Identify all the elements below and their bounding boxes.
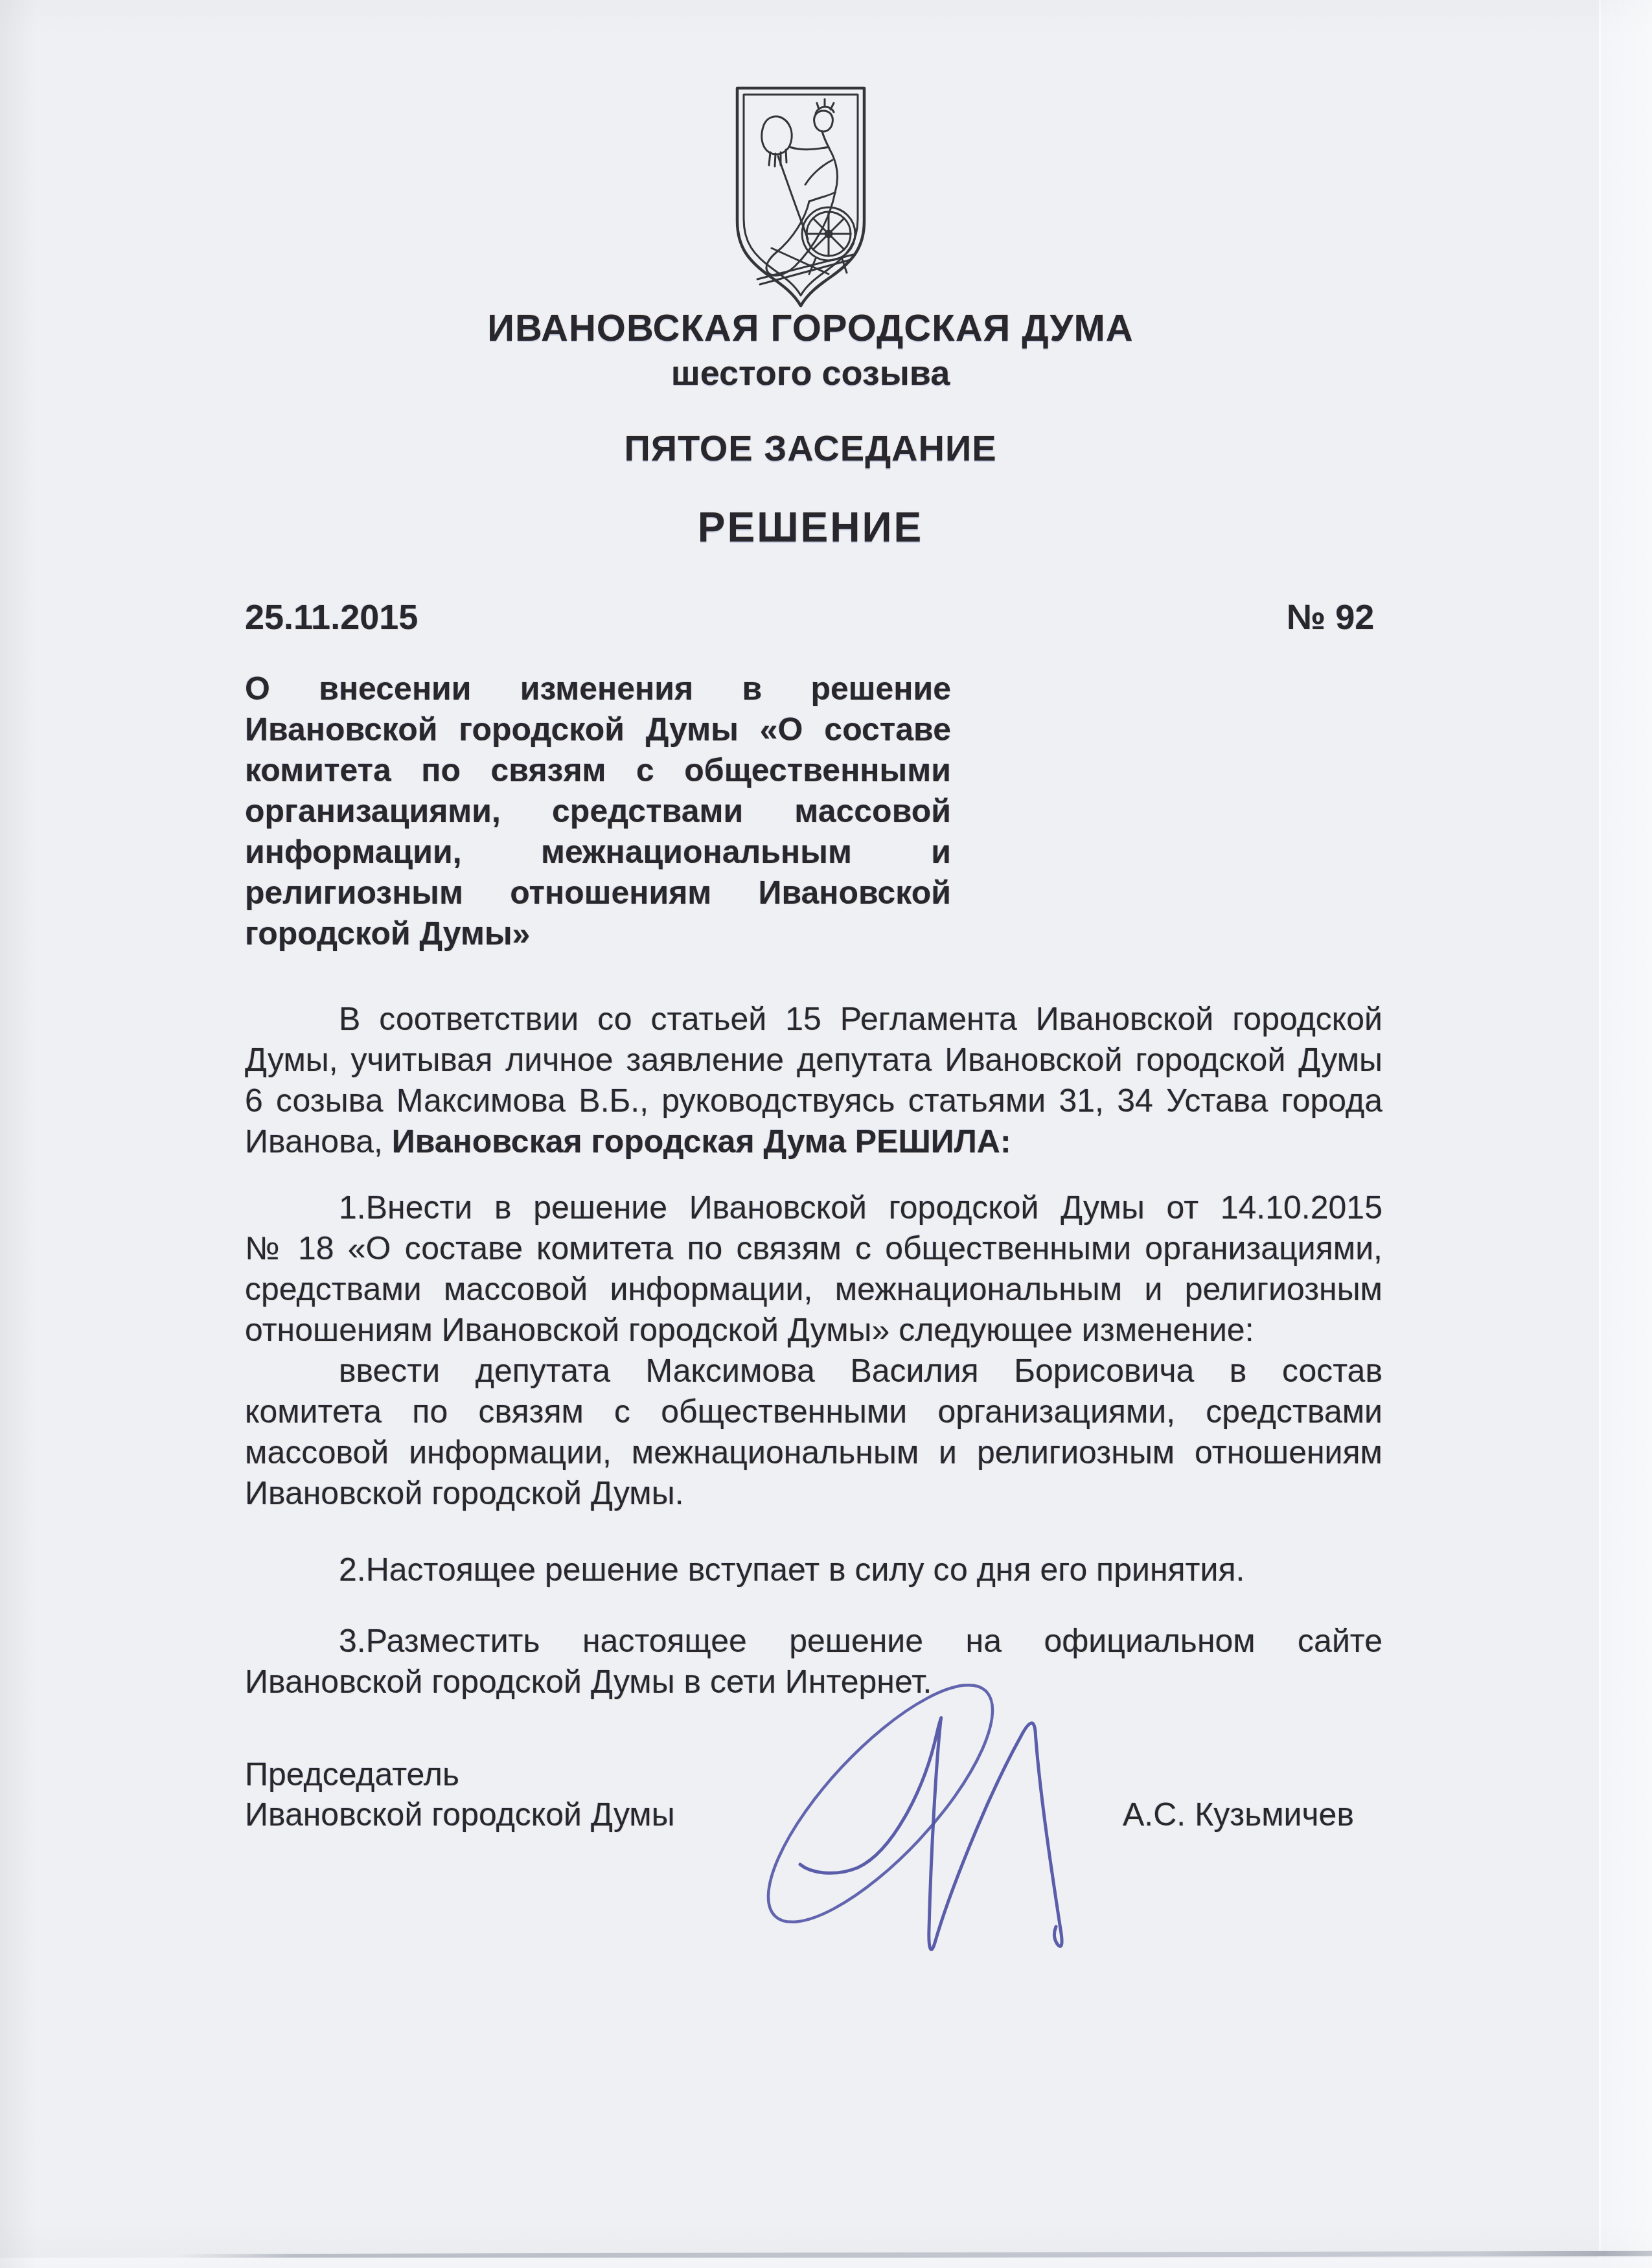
signature-title-line1: Председатель bbox=[245, 1754, 675, 1794]
text-line: Ивановской городской Думы «О составе bbox=[245, 709, 951, 750]
doc-type-title: РЕШЕНИЕ bbox=[0, 503, 1621, 551]
text-line: массовой информации, межнациональным и р… bbox=[245, 1432, 1382, 1473]
text-line: информации, межнациональным и bbox=[245, 832, 951, 873]
decision-item-1: 1.Внести в решение Ивановской городской … bbox=[245, 1187, 1382, 1351]
decision-item-1-sub: ввести депутата Максимова Василия Борисо… bbox=[245, 1351, 1382, 1514]
resolution-clause-bold: Ивановская городская Дума РЕШИЛА: bbox=[392, 1123, 1011, 1160]
signature-title-line2: Ивановской городской Думы bbox=[245, 1794, 675, 1835]
org-name: ИВАНОВСКАЯ ГОРОДСКАЯ ДУМА bbox=[0, 306, 1621, 350]
scan-right-edge-band bbox=[1599, 0, 1652, 2268]
text-line: ввести депутата Максимова Василия Борисо… bbox=[245, 1351, 1382, 1392]
text-line: городской Думы» bbox=[245, 913, 951, 954]
doc-number: № 92 bbox=[1287, 597, 1374, 637]
text-line: О внесении изменения в решение bbox=[245, 669, 951, 709]
signature-name: А.С. Кузьмичев bbox=[1123, 1794, 1354, 1835]
session-title: ПЯТОЕ ЗАСЕДАНИЕ bbox=[0, 427, 1621, 469]
convocation: шестого созыва bbox=[0, 353, 1621, 393]
text-line: комитета по связям с общественными bbox=[245, 750, 951, 791]
scanned-document-page: ИВАНОВСКАЯ ГОРОДСКАЯ ДУМА шестого созыва… bbox=[0, 0, 1652, 2268]
text-line: средствами массовой информации, межнацио… bbox=[245, 1269, 1382, 1310]
signature-title: Председатель Ивановской городской Думы bbox=[245, 1754, 675, 1835]
subject-paragraph: О внесении изменения в решениеИвановской… bbox=[245, 669, 951, 954]
text-line: организациями, средствами массовой bbox=[245, 791, 951, 832]
preamble-lines: В соответствии со статьей 15 Регламента … bbox=[245, 999, 1382, 1121]
preamble-tail-normal: Иванова, bbox=[245, 1123, 392, 1160]
text-line: религиозным отношениям Ивановской bbox=[245, 873, 951, 913]
text-line: комитета по связям с общественными орган… bbox=[245, 1392, 1382, 1432]
text-line: Думы, учитывая личное заявление депутата… bbox=[245, 1040, 1382, 1081]
text-line: отношениям Ивановской городской Думы» сл… bbox=[245, 1310, 1382, 1351]
preamble-paragraph: В соответствии со статьей 15 Регламента … bbox=[245, 999, 1382, 1162]
scan-bottom-edge-light bbox=[0, 2258, 1652, 2268]
text-line: № 18 «О составе комитета по связям с общ… bbox=[245, 1228, 1382, 1269]
signature-ink bbox=[739, 1658, 1088, 1982]
text-line: 2.Настоящее решение вступает в силу со д… bbox=[245, 1550, 1382, 1590]
doc-date: 25.11.2015 bbox=[245, 597, 418, 637]
text-line: 1.Внести в решение Ивановской городской … bbox=[245, 1187, 1382, 1228]
text-line: В соответствии со статьей 15 Регламента … bbox=[245, 999, 1382, 1040]
coat-of-arms-icon bbox=[733, 85, 869, 312]
text-line: 6 созыва Максимова В.Б., руководствуясь … bbox=[245, 1081, 1382, 1121]
text-line: Ивановской городской Думы. bbox=[245, 1473, 1382, 1514]
decision-item-2: 2.Настоящее решение вступает в силу со д… bbox=[245, 1550, 1382, 1590]
preamble-last-line: Иванова, Ивановская городская Дума РЕШИЛ… bbox=[245, 1121, 1382, 1162]
text-line: 3.Разместить настоящее решение на официа… bbox=[245, 1621, 1382, 1662]
